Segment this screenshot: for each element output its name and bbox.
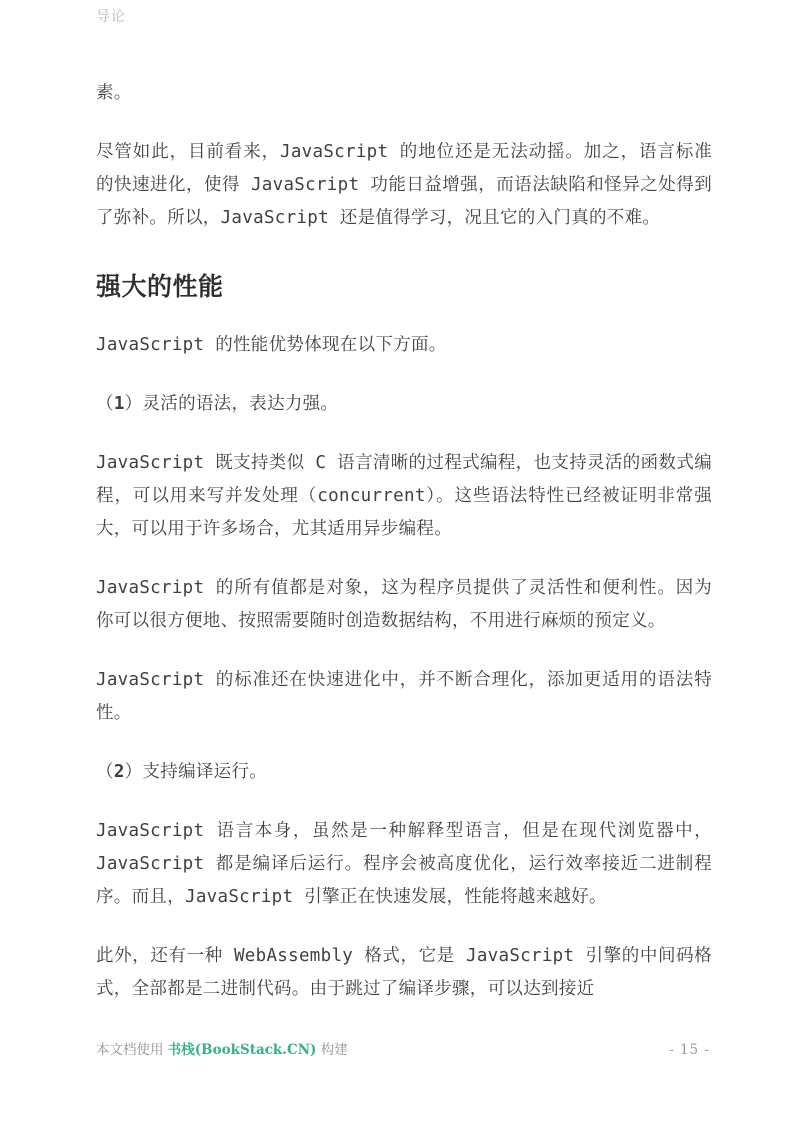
item-marker-open: （: [96, 762, 114, 782]
paragraph: 尽管如此，目前看来，JavaScript 的地位还是无法动摇。加之，语言标准的快…: [96, 123, 712, 248]
item-text: 灵活的语法，表达力强。: [142, 394, 338, 414]
page-footer: 本文档使用 书栈(BookStack.CN) 构建 - 15 -: [96, 1038, 710, 1058]
item-marker-close: ）: [125, 394, 143, 414]
section-heading: 强大的性能: [96, 248, 712, 316]
document-page: 导论 素。 尽管如此，目前看来，JavaScript 的地位还是无法动摇。加之，…: [0, 0, 800, 1130]
page-body: 素。 尽管如此，目前看来，JavaScript 的地位还是无法动摇。加之，语言标…: [96, 64, 712, 1019]
build-credit-suffix: 构建: [316, 1042, 347, 1058]
paragraph: JavaScript 的标准还在快速进化中，并不断合理化，添加更适用的语法特性。: [96, 651, 712, 743]
paragraph: JavaScript 的性能优势体现在以下方面。: [96, 316, 712, 375]
paragraph: JavaScript 的所有值都是对象，这为程序员提供了灵活性和便利性。因为你可…: [96, 559, 712, 651]
paragraph: JavaScript 语言本身，虽然是一种解释型语言，但是在现代浏览器中，Jav…: [96, 802, 712, 927]
numbered-item: （2）支持编译运行。: [96, 743, 712, 802]
chapter-title: 导论: [96, 9, 126, 25]
item-text: 支持编译运行。: [142, 762, 267, 782]
paragraph: 素。: [96, 64, 712, 123]
page-number: - 15 -: [669, 1042, 710, 1058]
item-marker-close: ）: [125, 762, 143, 782]
item-marker-open: （: [96, 394, 114, 414]
paragraph: 此外，还有一种 WebAssembly 格式，它是 JavaScript 引擎的…: [96, 927, 712, 1019]
bookstack-link[interactable]: 书栈(BookStack.CN): [168, 1042, 317, 1058]
paragraph: JavaScript 既支持类似 C 语言清晰的过程式编程，也支持灵活的函数式编…: [96, 434, 712, 559]
page-header: 导论: [96, 6, 710, 26]
build-credit-prefix: 本文档使用: [96, 1042, 168, 1058]
item-number: 1: [114, 394, 125, 414]
build-credit: 本文档使用 书栈(BookStack.CN) 构建: [96, 1038, 348, 1058]
numbered-item: （1）灵活的语法，表达力强。: [96, 375, 712, 434]
item-number: 2: [114, 762, 125, 782]
